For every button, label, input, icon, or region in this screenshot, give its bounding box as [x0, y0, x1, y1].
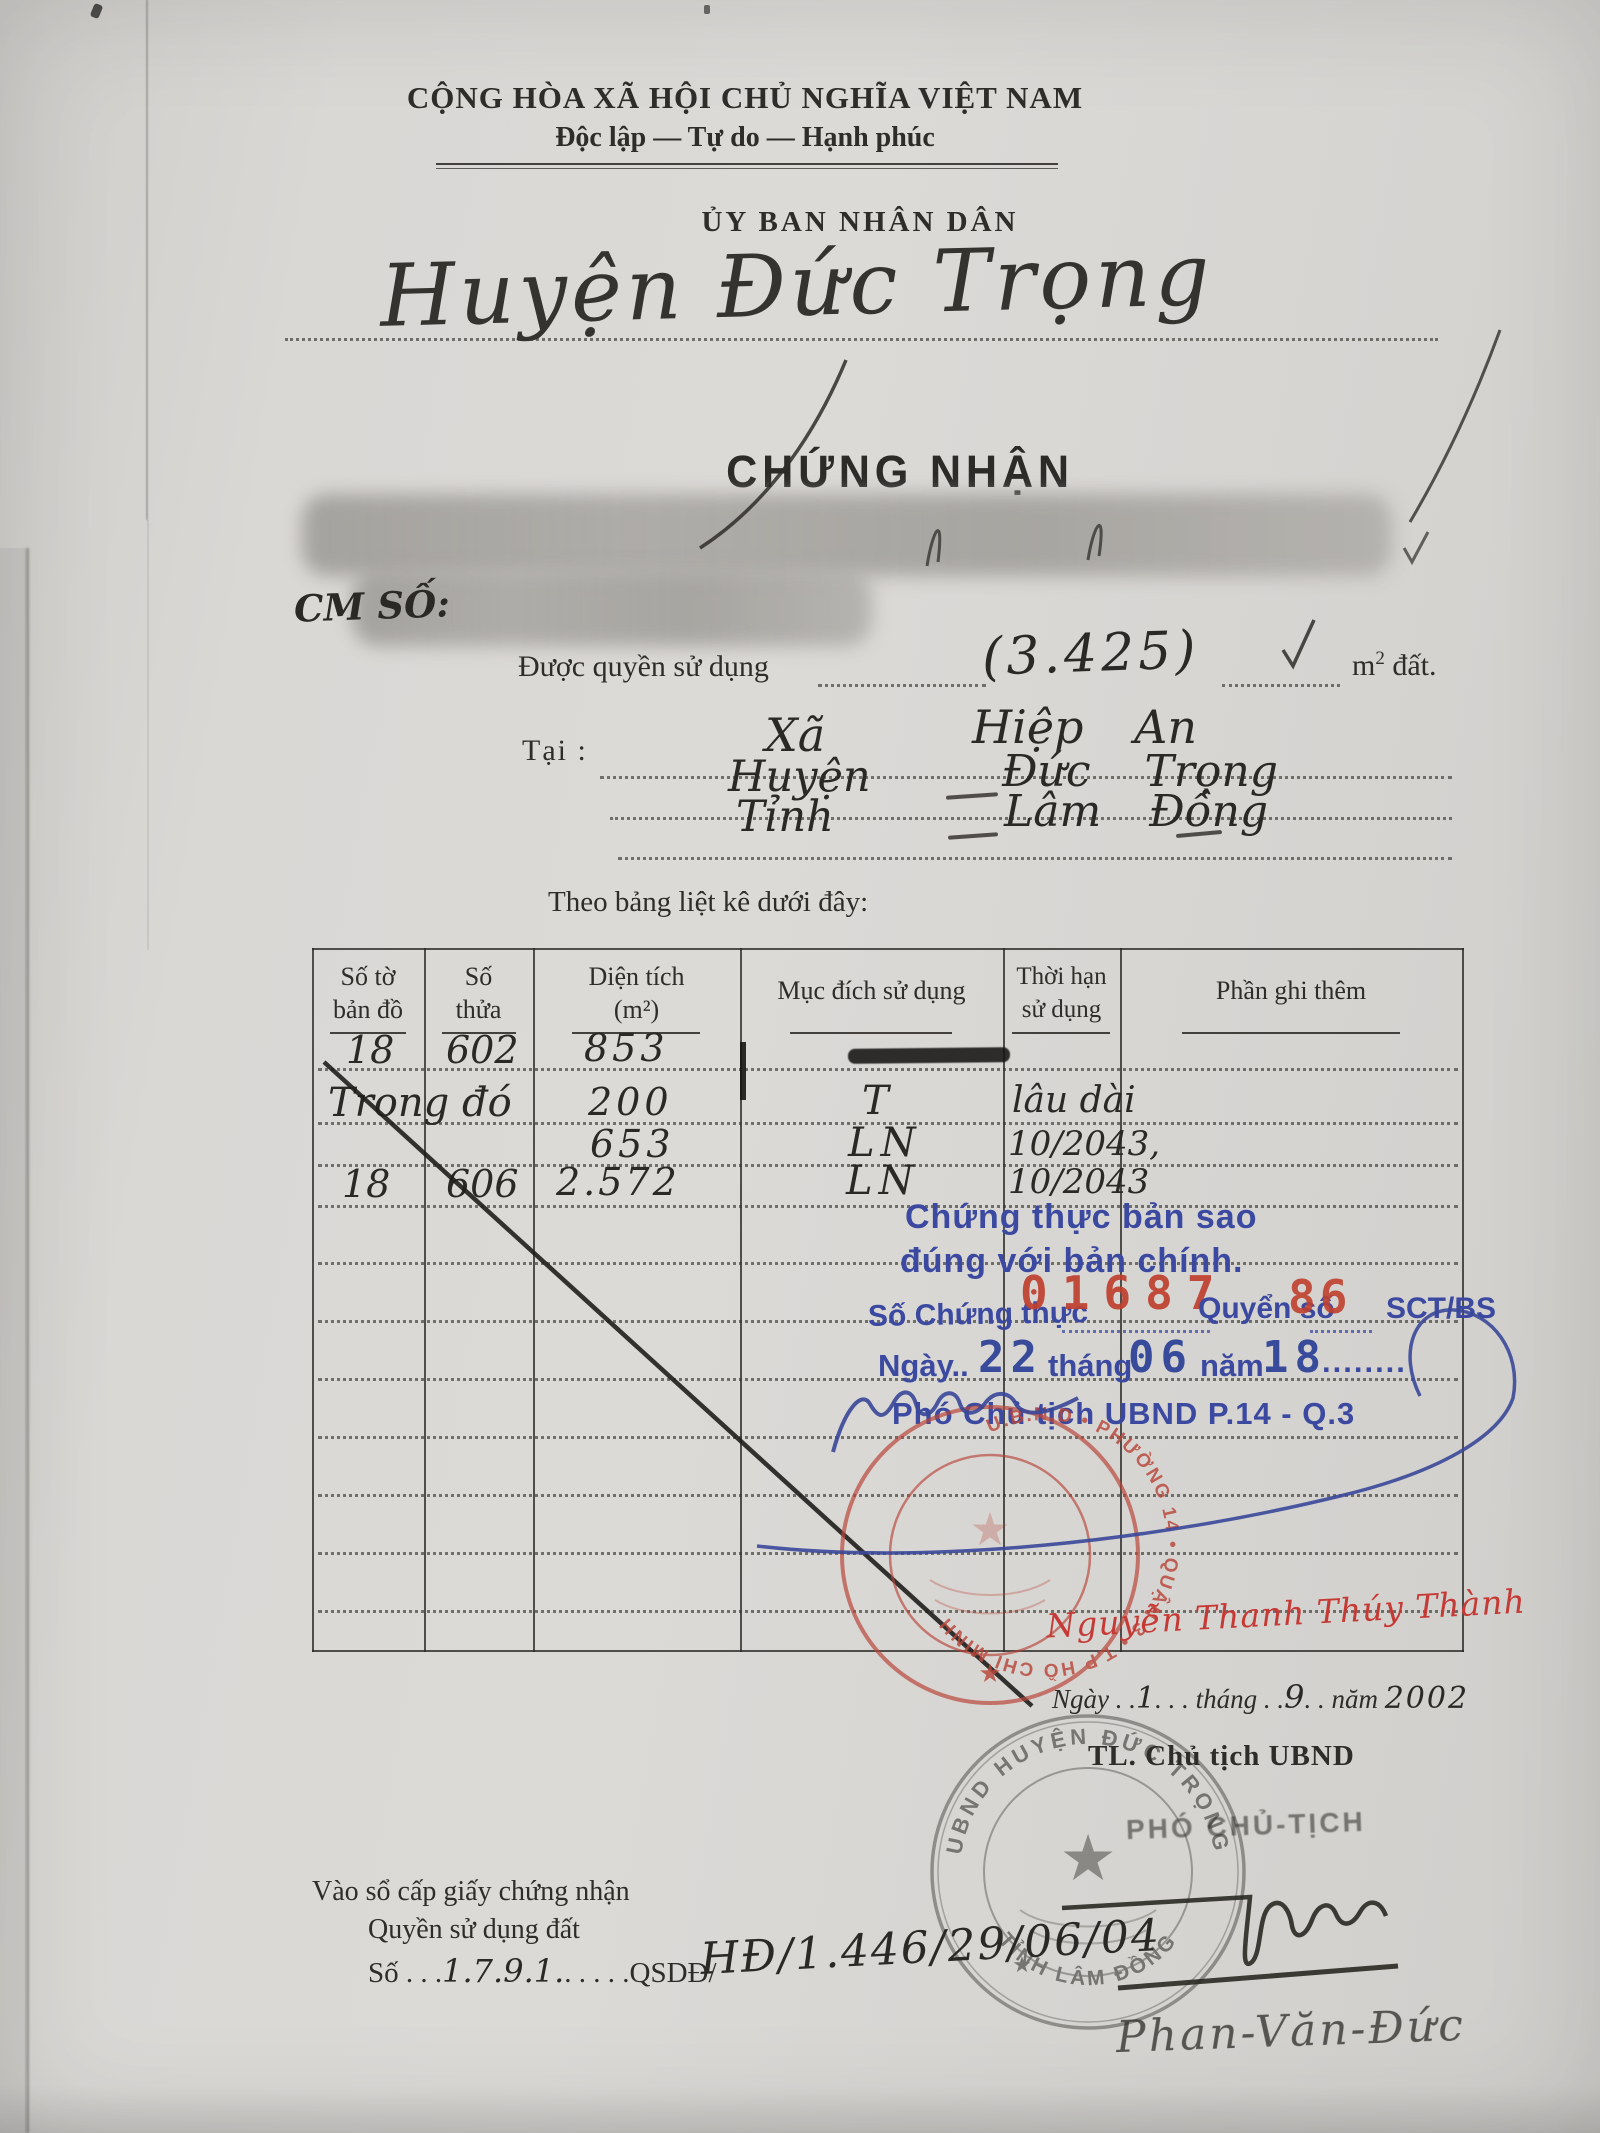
cell-so-to: 18 [346, 1028, 394, 1072]
registry-dots: . . . . . [564, 1957, 629, 1989]
notary-signer-name: Nguyễn Thanh Thúy Thành [1045, 1581, 1526, 1645]
date-month: 9 [1284, 1678, 1304, 1716]
paper-crease [146, 0, 148, 520]
cell-thoi-han: lâu dài [1012, 1080, 1136, 1121]
cell-thoi-han: 10/2043, [1008, 1124, 1160, 1164]
header-underline [790, 1032, 952, 1034]
ink-redaction-mark [848, 1047, 1010, 1064]
registry-number-line: Số . . .1.7.9.1.. . . . .QSDĐ/ [368, 1952, 717, 1990]
table-border-top [312, 948, 1464, 950]
cell-dien-tich: 2.572 [556, 1160, 680, 1204]
notary-suffix-label: SCT/BS [1386, 1292, 1496, 1326]
location-dots-3 [618, 857, 1452, 860]
national-motto: Độc lập — Tự do — Hạnh phúc [0, 122, 1490, 154]
grant-leader-dots-2 [1222, 684, 1340, 687]
position-stamp: PHÓ CHỦ-TỊCH [1126, 1806, 1367, 1846]
notary-line-1: Chứng thực bản sao [905, 1198, 1257, 1237]
col-header-so-to: Số tờ bản đồ [312, 960, 424, 1026]
notary-trailing-dots: ........ [1322, 1344, 1407, 1380]
paper-edge-shadow [26, 548, 29, 2133]
date-year-label: . . năm [1304, 1684, 1378, 1714]
cell-so-to: Trong đó [328, 1080, 512, 1126]
grant-label: Được quyền sử dụng [518, 650, 769, 684]
notary-book-value: 86 [1288, 1270, 1351, 1324]
pen-dash [948, 832, 998, 839]
table-column-line [312, 948, 314, 1652]
issuance-signer-title: TL. Chủ tịch UBND [1088, 1740, 1355, 1773]
issuance-date-line: Ngày . .1. . . tháng . .9. . năm 2002 [1052, 1678, 1469, 1716]
registry-line-1: Vào sổ cấp giấy chứng nhận [312, 1876, 630, 1908]
registry-hand-value: HĐ/1.446/29/06/04 [699, 1910, 1162, 1985]
notary-day-value: 22 [978, 1332, 1043, 1383]
national-title: CỘNG HÒA XÃ HỘI CHỦ NGHĨA VIỆT NAM [0, 80, 1490, 116]
registry-so-label: Số . . . [368, 1957, 442, 1989]
issuer-dotted-line [285, 338, 1438, 341]
date-month-label: . . . tháng . . [1155, 1684, 1284, 1714]
location-label: Tại : [522, 734, 588, 768]
col-header-phan-ghi-them: Phần ghi thêm [1120, 976, 1462, 1006]
pen-stroke [1404, 532, 1428, 562]
cell-so-thua: 602 [446, 1028, 519, 1072]
unit-suffix: đất. [1385, 649, 1437, 682]
cell-so-to: 18 [342, 1162, 390, 1206]
cell-dien-tich: 853 [584, 1026, 669, 1070]
cell-so-thua: 606 [446, 1162, 519, 1206]
registry-line-2: Quyền sử dụng đất [368, 1914, 580, 1946]
ink-tick-mark [740, 1042, 746, 1100]
notary-month-value: 06 [1128, 1332, 1193, 1383]
check-mark [1283, 620, 1314, 666]
table-row-line [318, 1436, 1458, 1439]
certificate-document: CỘNG HÒA XÃ HỘI CHỦ NGHĨA VIỆT NAM Độc l… [0, 0, 1600, 2133]
unit-base: m [1352, 649, 1375, 682]
notary-year-label: năm [1200, 1348, 1264, 1384]
notary-year-value: 18 [1262, 1332, 1327, 1383]
seal-emblem-lines [930, 1580, 1050, 1614]
pen-flourish [1410, 330, 1500, 522]
table-intro: Theo bảng liệt kê dưới đây: [548, 886, 868, 919]
table-row-line [318, 1552, 1458, 1555]
notary-date-label: Ngày.. [878, 1348, 969, 1384]
id-label: CM SỐ: [293, 581, 450, 630]
registry-so-value: 1.7.9.1. [442, 1952, 564, 1990]
table-column-line [424, 948, 426, 1652]
emblem-star-icon: ★ [1059, 1823, 1116, 1894]
cell-muc-dich: T [862, 1078, 889, 1124]
col-header-thoi-han: Thời hạn sử dụng [1003, 960, 1120, 1026]
table-row-line [318, 1494, 1458, 1497]
star-icon: ★ [978, 1659, 1001, 1688]
unit-sup: 2 [1375, 648, 1385, 669]
paper-speck [90, 3, 104, 19]
paper-crease-faint [147, 520, 149, 950]
issuance-signer-name-stamp: Phan-Văn-Đức [1115, 2000, 1466, 2063]
date-prefix: Ngày . . [1052, 1684, 1136, 1714]
paper-speck [704, 5, 710, 14]
pen-dash [946, 792, 998, 800]
header-underline [1182, 1032, 1400, 1034]
area-unit: m2 đất. [1352, 648, 1437, 683]
table-column-line [533, 948, 535, 1652]
cell-dien-tich: 200 [588, 1080, 673, 1124]
date-day: 1 [1136, 1681, 1155, 1716]
table-border-bottom [312, 1650, 1464, 1652]
redacted-handwriting [302, 494, 1392, 576]
grant-leader-dots [818, 684, 986, 687]
certificate-title: CHỨNG NHẬN [698, 446, 1101, 498]
col-header-dien-tich: Diện tích (m²) [533, 960, 740, 1026]
motto-underline-2 [436, 168, 1058, 169]
notary-month-label: tháng [1048, 1348, 1132, 1384]
paper-bottom-shade [0, 2085, 1600, 2133]
date-year: 2002 [1385, 1681, 1469, 1716]
issuer-name-handwritten: Huyện Đức Trọng [379, 225, 1215, 347]
notary-signer-title: Phó Chủ tịch UBND P.14 - Q.3 [892, 1396, 1355, 1432]
area-value: (3.425) [981, 620, 1200, 688]
location-province-label: Tỉnh [736, 792, 834, 842]
motto-underline [436, 163, 1058, 165]
col-header-so-thua: Số thửa [424, 960, 533, 1026]
location-province-value: Lâm Đồng [1004, 786, 1268, 837]
col-header-muc-dich: Mục đích sử dụng [740, 976, 1003, 1006]
paper-edge-strip [0, 548, 26, 2133]
table-row-line [318, 1262, 1458, 1265]
header-underline [1012, 1032, 1110, 1034]
cell-thoi-han: 10/2043 [1008, 1162, 1149, 1202]
